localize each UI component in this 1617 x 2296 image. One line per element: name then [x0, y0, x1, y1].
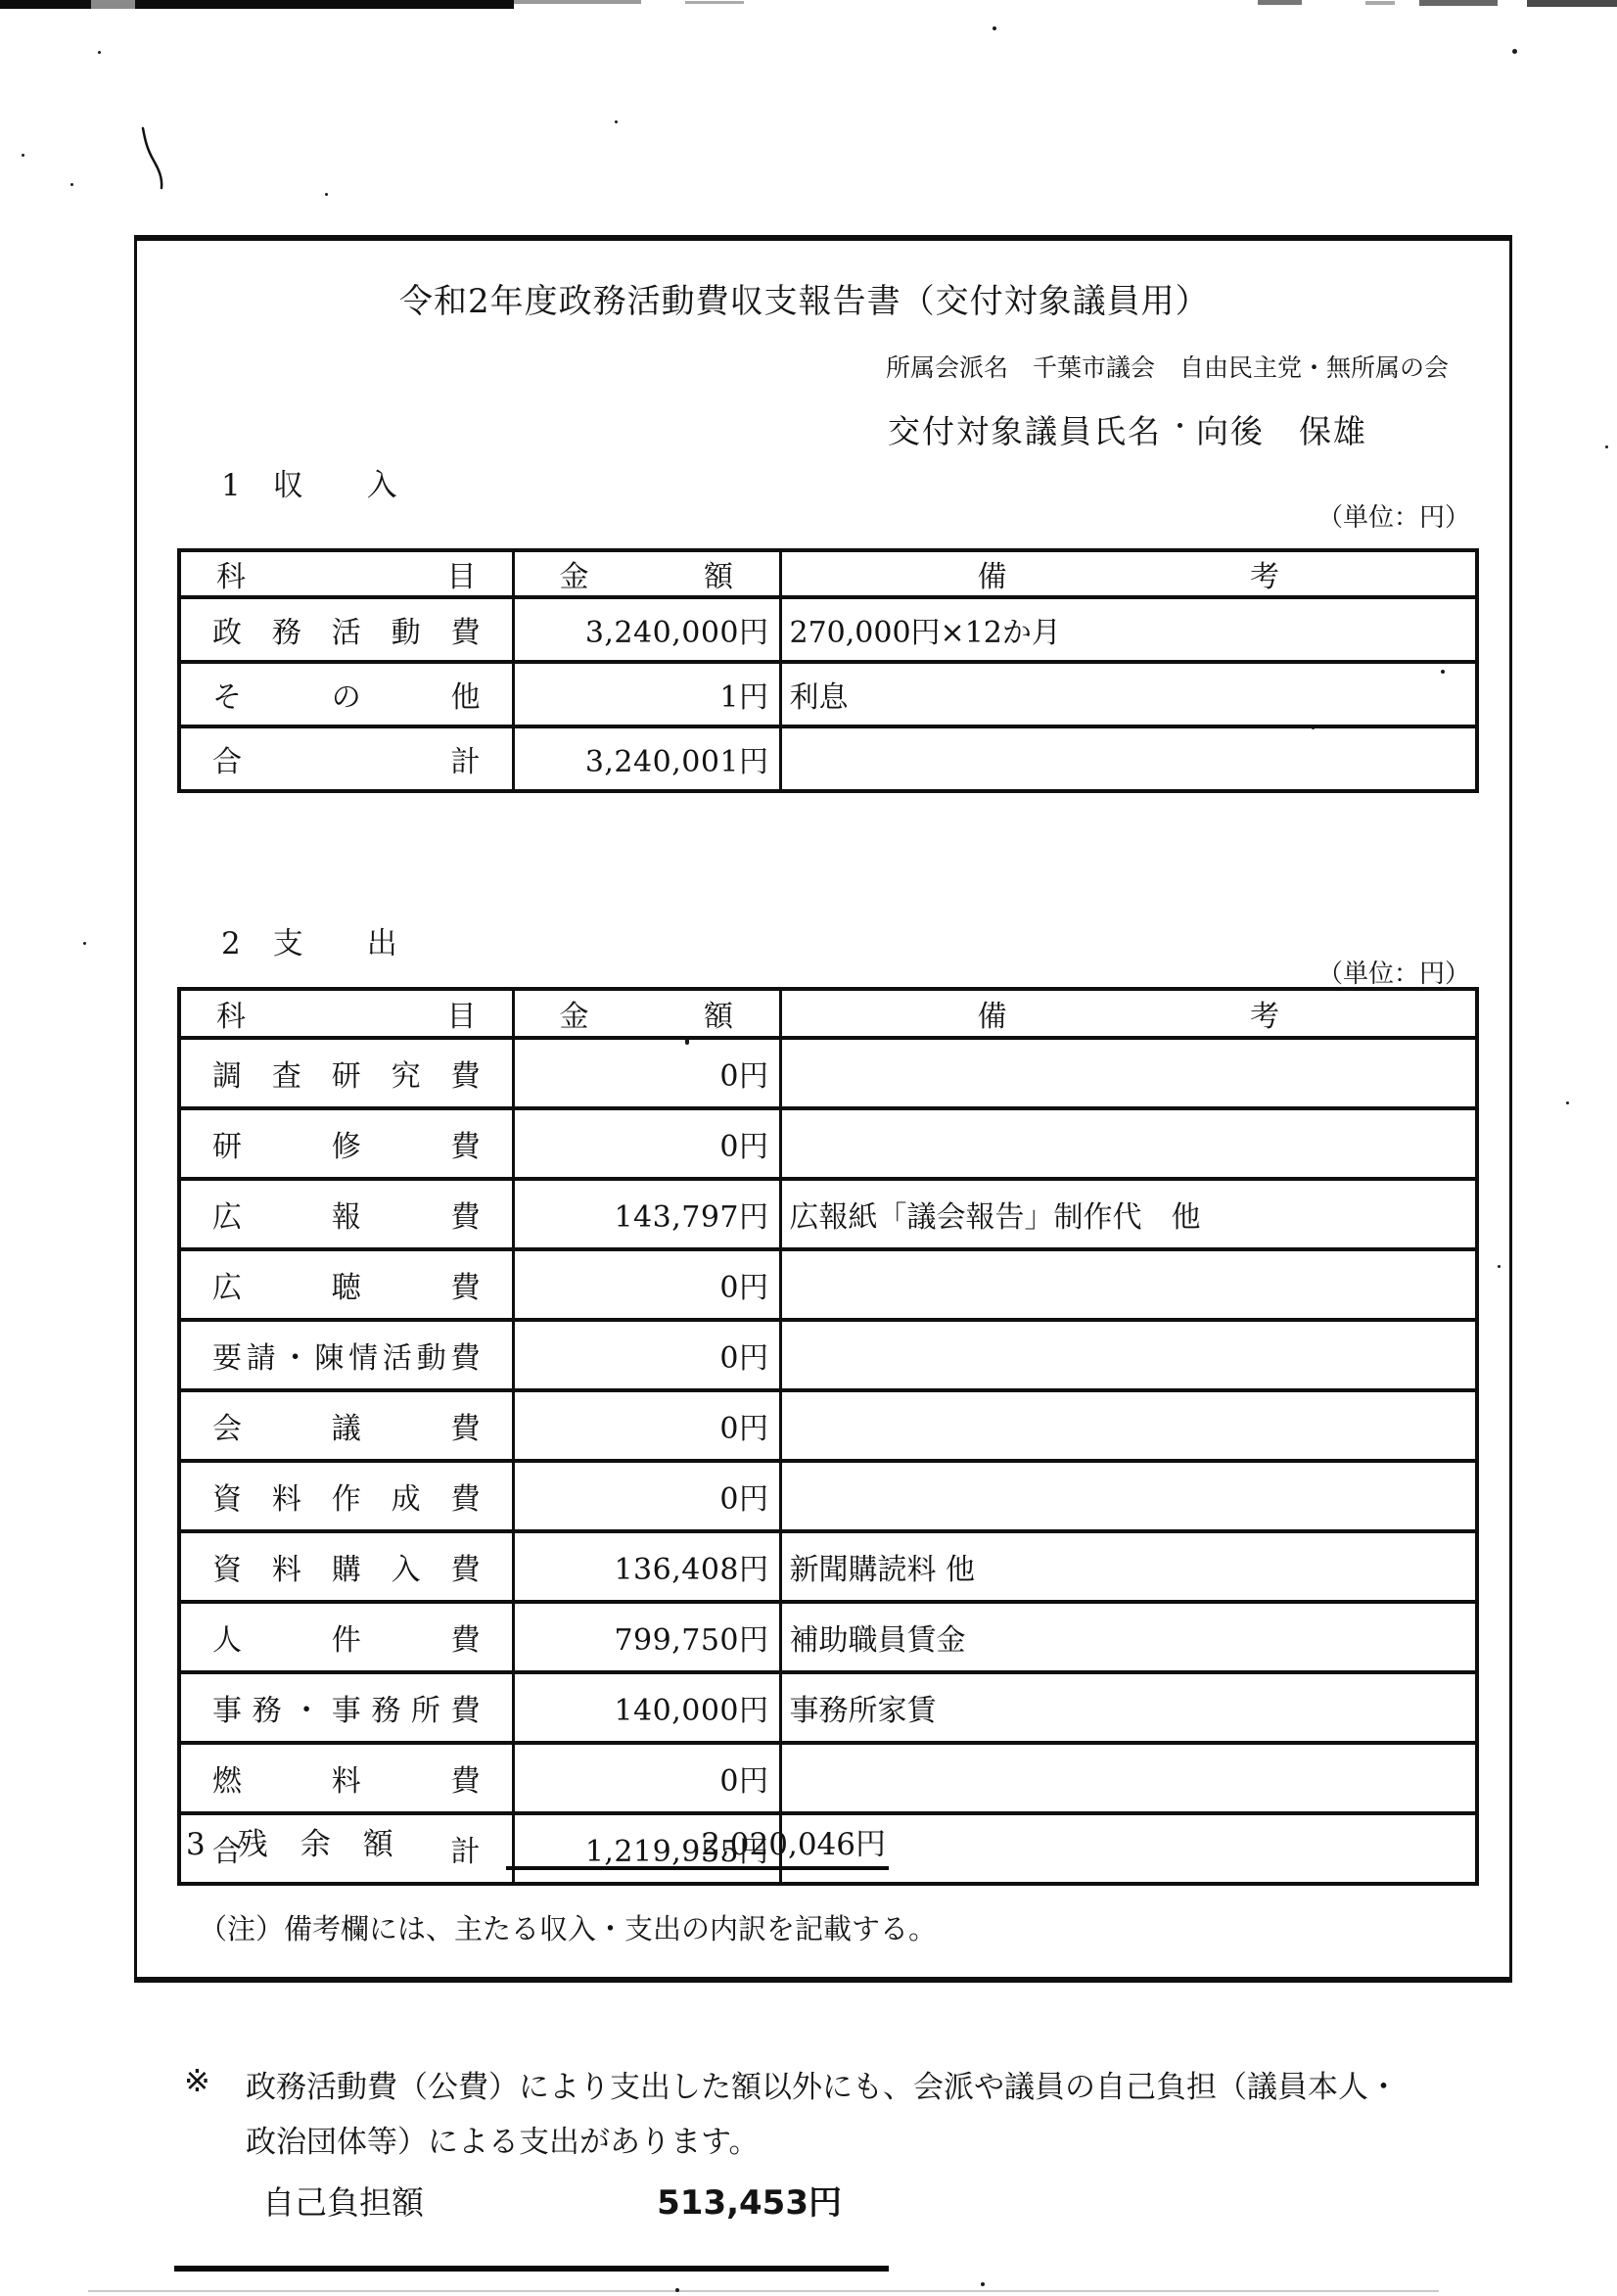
item-cell: 資料作成費 — [179, 1461, 513, 1531]
item-cell: 資料購入費 — [179, 1531, 513, 1602]
note-cell — [780, 1743, 1477, 1813]
item-cell: 会議費 — [179, 1390, 513, 1461]
scan-speck — [1512, 49, 1517, 54]
amount-cell: 0円 — [513, 1390, 780, 1461]
amount-cell: 0円 — [513, 1108, 780, 1179]
table-row: 広報費 143,797円 広報紙「議会報告」制作代 他 — [179, 1179, 1477, 1249]
remarks-note: （注）備考欄には、主たる収入・支出の内訳を記載する。 — [199, 1907, 937, 1947]
table-row: 広聴費 0円 — [179, 1249, 1477, 1320]
scan-speck — [1566, 1101, 1569, 1104]
amount-cell: 0円 — [513, 1249, 780, 1320]
item-cell: 研修費 — [179, 1108, 513, 1179]
member-name-line: 交付対象議員氏名 向後 保雄 — [888, 406, 1367, 452]
item-cell: 合計 — [179, 726, 513, 791]
self-burden-label: 自己負担額 — [262, 2178, 424, 2224]
unit-note-expense: （単位：円） — [1294, 954, 1470, 990]
item-cell: 広報費 — [179, 1179, 513, 1249]
income-section-heading: 1 収 入 — [221, 460, 398, 504]
scan-edge-artifact — [1419, 0, 1498, 6]
note-cell — [780, 1038, 1477, 1108]
amount-cell: 0円 — [513, 1320, 780, 1390]
unit-note-income: （単位：円） — [1294, 497, 1470, 534]
header-item: 科目 — [179, 550, 513, 597]
note-cell — [780, 1461, 1477, 1531]
scan-edge-artifact — [0, 0, 514, 9]
scan-speck — [981, 2282, 985, 2286]
table-row: 会議費 0円 — [179, 1390, 1477, 1461]
table-row: 事務・事務所費 140,000円 事務所家賃 — [179, 1672, 1477, 1743]
scan-edge-artifact — [685, 1, 744, 4]
header-amount: 金額 — [513, 989, 780, 1038]
scan-speck — [70, 183, 73, 186]
amount-cell: 143,797円 — [513, 1179, 780, 1249]
balance-underline — [506, 1866, 889, 1870]
item-cell: 要請・陳情活動費 — [179, 1320, 513, 1390]
asterisk-note-line1: 政務活動費（公費）により支出した額以外にも、会派や議員の自己負担（議員本人・ — [246, 2062, 1399, 2106]
item-cell: 人件費 — [179, 1602, 513, 1672]
header-note: 備考 — [780, 550, 1477, 597]
report-title: 令和2年度政務活動費収支報告書（交付対象議員用） — [399, 274, 1210, 322]
item-cell: 燃料費 — [179, 1743, 513, 1813]
header-note: 備考 — [780, 989, 1477, 1038]
note-cell — [780, 1249, 1477, 1320]
item-cell: 政務活動費 — [179, 597, 513, 662]
pen-stroke-artifact — [137, 122, 176, 201]
scan-speck — [675, 2288, 679, 2292]
amount-cell: 3,240,000円 — [513, 597, 780, 662]
table-row: 資料作成費 0円 — [179, 1461, 1477, 1531]
note-cell — [780, 1390, 1477, 1461]
table-row: 燃料費 0円 — [179, 1743, 1477, 1813]
table-row: 政務活動費 3,240,000円 270,000円×12か月 — [179, 597, 1477, 662]
amount-cell: 0円 — [513, 1038, 780, 1108]
scan-speck — [1605, 445, 1608, 448]
note-cell: 広報紙「議会報告」制作代 他 — [780, 1179, 1477, 1249]
table-row: 要請・陳情活動費 0円 — [179, 1320, 1477, 1390]
amount-cell: 1円 — [513, 662, 780, 726]
scan-speck — [615, 120, 618, 123]
item-cell: 事務・事務所費 — [179, 1672, 513, 1743]
asterisk-note-line2: 政治団体等）による支出があります。 — [246, 2117, 760, 2161]
scanned-report-page: 令和2年度政務活動費収支報告書（交付対象議員用） 所属会派名 千葉市議会 自由民… — [0, 0, 1617, 2296]
header-amount: 金額 — [513, 550, 780, 597]
scan-edge-artifact — [91, 0, 135, 9]
income-table: 科目 金額 備考 政務活動費 3,240,000円 270,000円×12か月 … — [177, 548, 1479, 793]
amount-cell: 140,000円 — [513, 1672, 780, 1743]
scan-speck — [98, 51, 101, 54]
note-cell: 事務所家賃 — [780, 1672, 1477, 1743]
table-row: 合計 3,240,001円 — [179, 726, 1477, 791]
amount-cell: 0円 — [513, 1743, 780, 1813]
item-cell: 調査研究費 — [179, 1038, 513, 1108]
amount-cell: 136,408円 — [513, 1531, 780, 1602]
header-item: 科目 — [179, 989, 513, 1038]
note-cell — [780, 726, 1477, 791]
amount-cell: 3,240,001円 — [513, 726, 780, 791]
scan-speck — [993, 26, 996, 30]
scan-speck — [325, 193, 328, 196]
amount-cell: 799,750円 — [513, 1602, 780, 1672]
faction-name-line: 所属会派名 千葉市議会 自由民主党・無所属の会 — [886, 349, 1449, 384]
item-cell: 広聴費 — [179, 1249, 513, 1320]
scan-edge-artifact — [88, 2290, 1439, 2292]
table-row: その他 1円 利息 — [179, 662, 1477, 726]
table-header-row: 科目 金額 備考 — [179, 989, 1477, 1038]
note-cell: 新聞購読料 他 — [780, 1531, 1477, 1602]
table-row: 調査研究費 0円 — [179, 1038, 1477, 1108]
note-cell: 利息 — [780, 662, 1477, 726]
scan-edge-artifact — [1527, 0, 1617, 7]
expense-section-heading: 2 支 出 — [221, 918, 398, 962]
scan-edge-artifact — [1365, 1, 1395, 5]
balance-amount: 2,020,046円 — [626, 1819, 886, 1863]
scan-speck — [83, 942, 86, 945]
table-header-row: 科目 金額 備考 — [179, 550, 1477, 597]
scan-edge-artifact — [514, 0, 641, 4]
table-row: 人件費 799,750円 補助職員賃金 — [179, 1602, 1477, 1672]
balance-section-heading: 3 残 余 額 — [186, 1819, 394, 1863]
self-burden-underline — [174, 2266, 889, 2272]
scan-edge-artifact — [1258, 0, 1302, 5]
note-cell: 補助職員賃金 — [780, 1602, 1477, 1672]
table-row: 研修費 0円 — [179, 1108, 1477, 1179]
table-row: 資料購入費 136,408円 新聞購読料 他 — [179, 1531, 1477, 1602]
scan-speck — [22, 154, 24, 157]
expense-table: 科目 金額 備考 調査研究費 0円 研修費 0円 広報費 143,797円 広報… — [177, 987, 1479, 1886]
note-cell — [780, 1320, 1477, 1390]
amount-cell: 0円 — [513, 1461, 780, 1531]
note-cell: 270,000円×12か月 — [780, 597, 1477, 662]
item-cell: その他 — [179, 662, 513, 726]
self-burden-amount: 513,453円 — [636, 2176, 842, 2224]
note-cell — [780, 1108, 1477, 1179]
asterisk-symbol: ※ — [184, 2062, 210, 2099]
